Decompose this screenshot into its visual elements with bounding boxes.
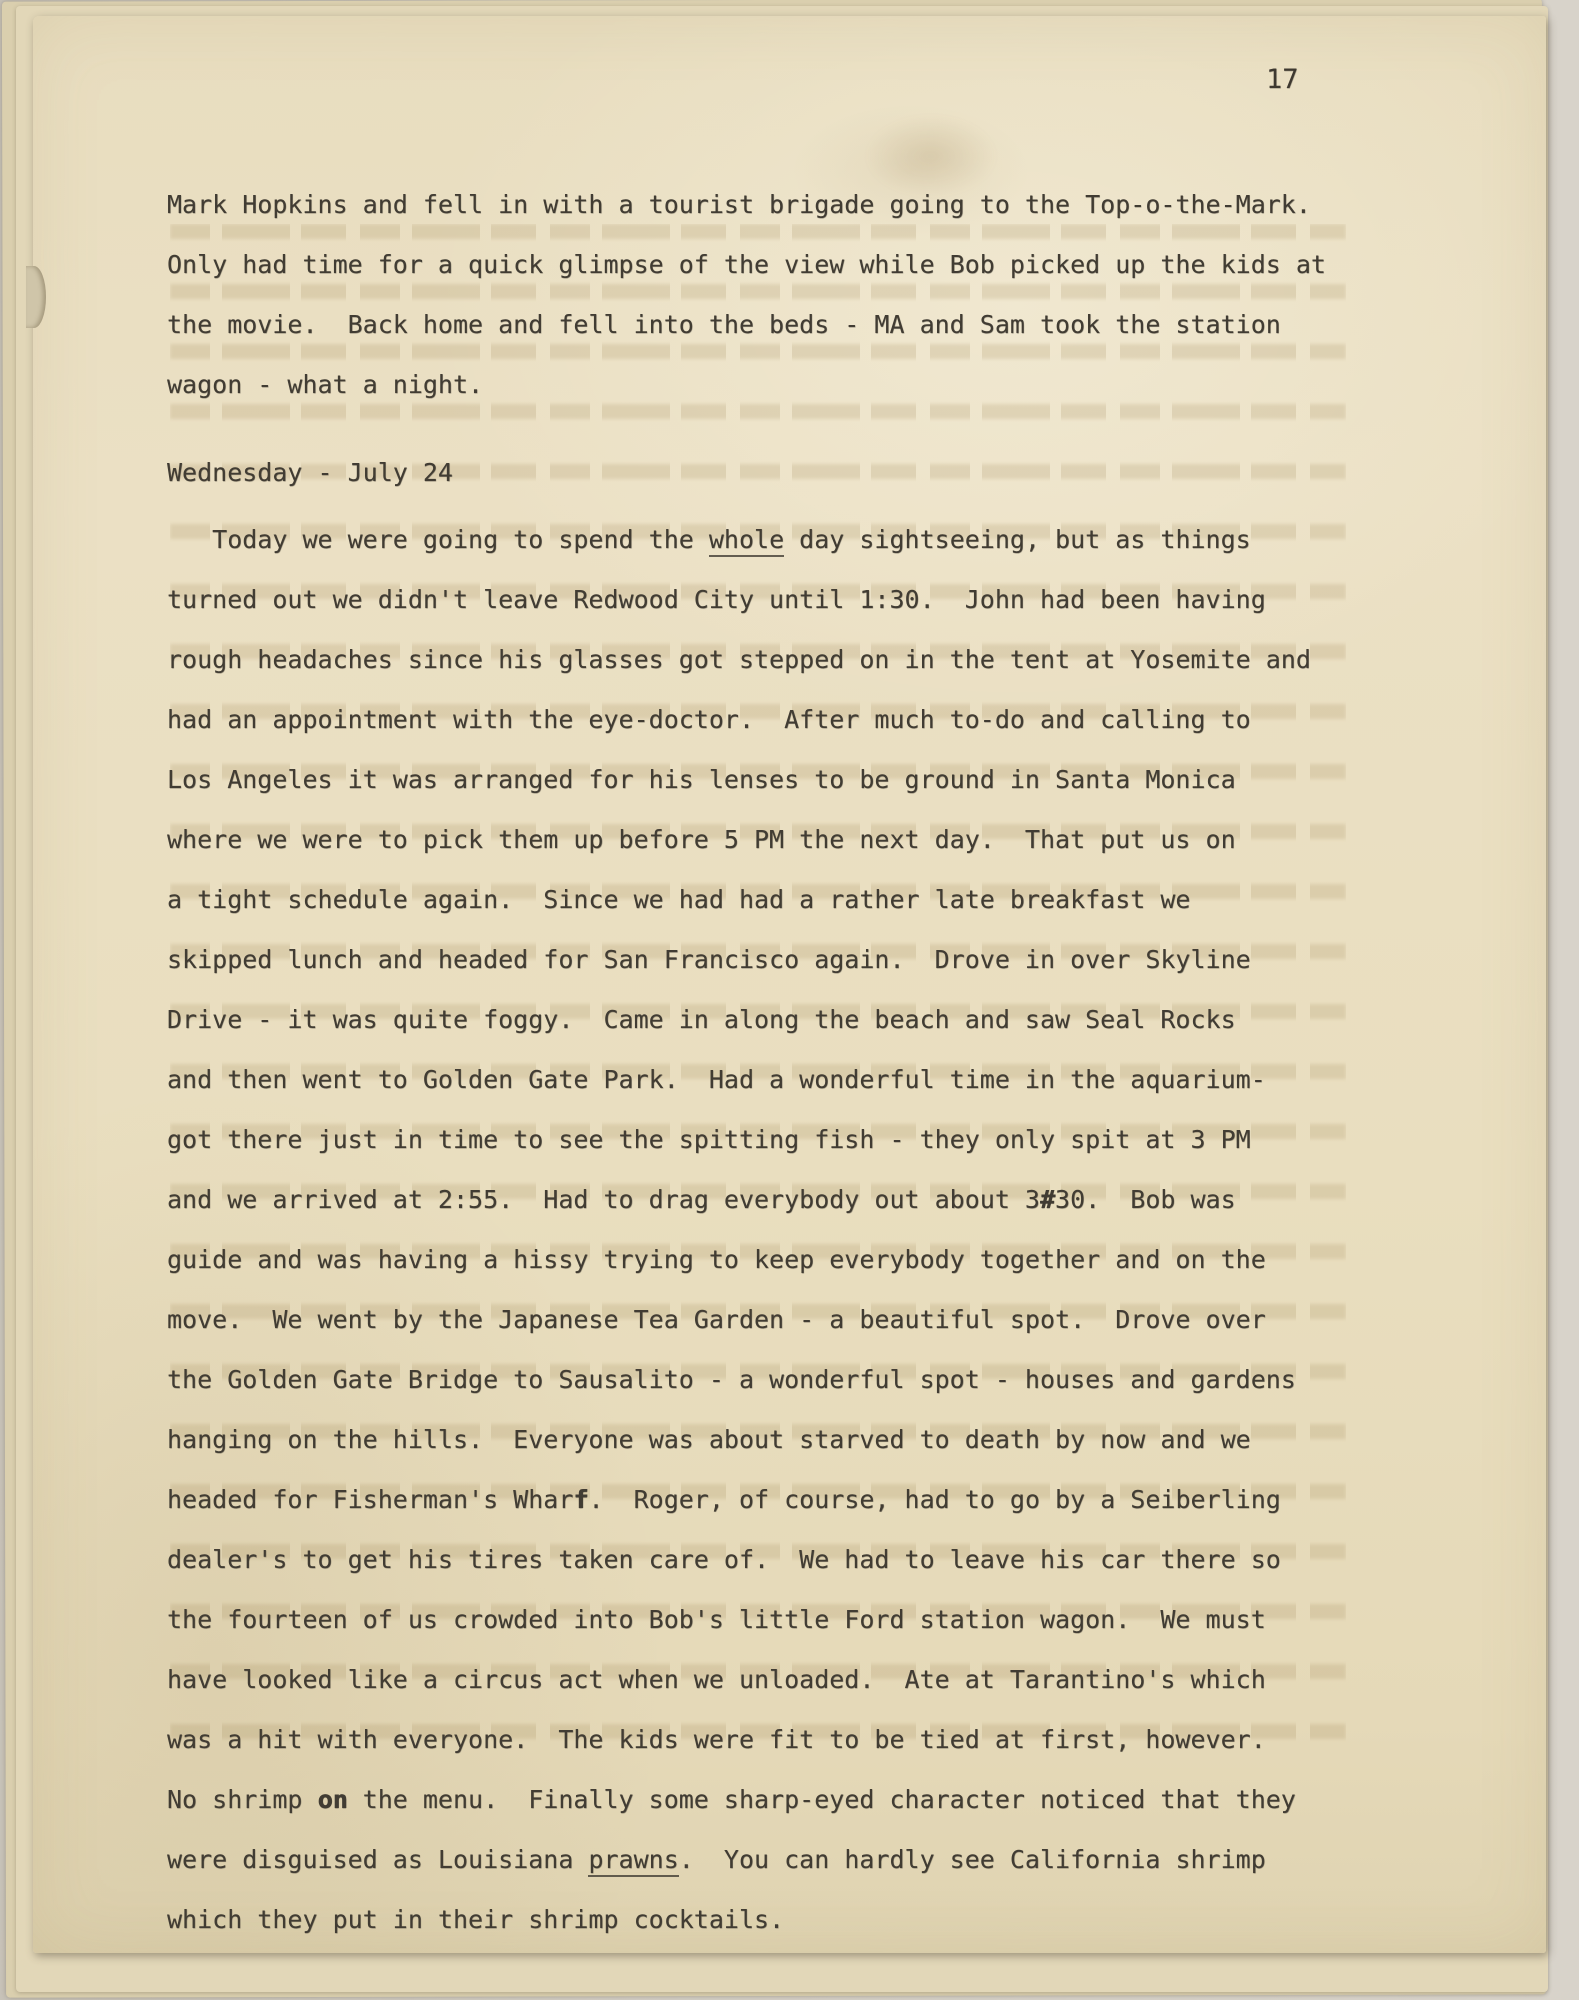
text-line: had an appointment with the eye-doctor. …: [167, 705, 1407, 765]
text-run: skipped lunch and headed for San Francis…: [167, 945, 1251, 974]
text-run: the fourteen of us crowded into Bob's li…: [167, 1605, 1266, 1634]
text-run: the menu. Finally some sharp-eyed charac…: [348, 1785, 1296, 1814]
text-run: where we were to pick them up before 5 P…: [167, 825, 1236, 854]
text-line: Only had time for a quick glimpse of the…: [167, 250, 1407, 310]
text-run: was a hit with everyone. The kids were f…: [167, 1725, 1266, 1754]
text-line: Mark Hopkins and fell in with a tourist …: [167, 190, 1407, 250]
paper-stain: [866, 116, 996, 196]
text-line: the Golden Gate Bridge to Sausalito - a …: [167, 1365, 1407, 1425]
text-line: rough headaches since his glasses got st…: [167, 645, 1407, 705]
text-line: No shrimp on the menu. Finally some shar…: [167, 1785, 1407, 1845]
text-line: got there just in time to see the spitti…: [167, 1125, 1407, 1185]
text-line: the fourteen of us crowded into Bob's li…: [167, 1605, 1407, 1665]
text-run: 30. Bob was: [1055, 1185, 1236, 1214]
text-run: turned out we didn't leave Redwood City …: [167, 585, 1266, 614]
text-run: had an appointment with the eye-doctor. …: [167, 705, 1251, 734]
text-run: Only had time for a quick glimpse of the…: [167, 250, 1326, 279]
text-run: got there just in time to see the spitti…: [167, 1125, 1251, 1154]
text-line: headed for Fisherman's Wharf. Roger, of …: [167, 1485, 1407, 1545]
text-run: were disguised as Louisiana: [167, 1845, 588, 1874]
text-run: Mark Hopkins and fell in with a tourist …: [167, 190, 1311, 219]
text-run: the Golden Gate Bridge to Sausalito - a …: [167, 1365, 1296, 1394]
text-run: the movie. Back home and fell into the b…: [167, 310, 1281, 339]
text-run: and then went to Golden Gate Park. Had a…: [167, 1065, 1266, 1094]
text-line: Today we were going to spend the whole d…: [167, 525, 1407, 585]
overstruck-text: #: [1040, 1185, 1055, 1214]
underlined-word: whole: [709, 525, 784, 557]
text-run: have looked like a circus act when we un…: [167, 1665, 1266, 1694]
scanned-page-scene: 17 Mark Hopkins and fell in with a touri…: [0, 0, 1579, 2000]
text-line: have looked like a circus act when we un…: [167, 1665, 1407, 1725]
text-line: Wednesday - July 24: [167, 458, 1407, 518]
text-run: headed for Fisherman's Whar: [167, 1485, 573, 1514]
page-number: 17: [1266, 64, 1299, 95]
text-run: Today we were going to spend the: [167, 525, 709, 554]
text-line: Los Angeles it was arranged for his lens…: [167, 765, 1407, 825]
text-run: . You can hardly see California shrimp: [679, 1845, 1266, 1874]
overstruck-text: on: [318, 1785, 348, 1814]
entry-paragraph: Today we were going to spend the whole d…: [167, 525, 1407, 1965]
text-line: skipped lunch and headed for San Francis…: [167, 945, 1407, 1005]
entry-heading: Wednesday - July 24: [167, 458, 1407, 518]
text-line: a tight schedule again. Since we had had…: [167, 885, 1407, 945]
text-line: which they put in their shrimp cocktails…: [167, 1905, 1407, 1965]
text-line: was a hit with everyone. The kids were f…: [167, 1725, 1407, 1785]
paragraph-continued: Mark Hopkins and fell in with a tourist …: [167, 190, 1407, 430]
text-line: turned out we didn't leave Redwood City …: [167, 585, 1407, 645]
text-run: rough headaches since his glasses got st…: [167, 645, 1311, 674]
underlined-word: prawns: [588, 1845, 678, 1877]
text-run: which they put in their shrimp cocktails…: [167, 1905, 784, 1934]
text-run: wagon - what a night.: [167, 370, 483, 399]
text-run: day sightseeing, but as things: [784, 525, 1251, 554]
overstruck-text: f: [573, 1485, 588, 1514]
text-line: and then went to Golden Gate Park. Had a…: [167, 1065, 1407, 1125]
text-line: guide and was having a hissy trying to k…: [167, 1245, 1407, 1305]
text-line: Drive - it was quite foggy. Came in alon…: [167, 1005, 1407, 1065]
text-run: No shrimp: [167, 1785, 318, 1814]
text-run: dealer's to get his tires taken care of.…: [167, 1545, 1281, 1574]
typed-body: Mark Hopkins and fell in with a tourist …: [167, 190, 1407, 1965]
text-run: Wednesday - July 24: [167, 458, 453, 487]
text-line: hanging on the hills. Everyone was about…: [167, 1425, 1407, 1485]
text-run: guide and was having a hissy trying to k…: [167, 1245, 1266, 1274]
text-line: wagon - what a night.: [167, 370, 1407, 430]
text-line: and we arrived at 2:55. Had to drag ever…: [167, 1185, 1407, 1245]
text-run: Drive - it was quite foggy. Came in alon…: [167, 1005, 1236, 1034]
text-run: and we arrived at 2:55. Had to drag ever…: [167, 1185, 1040, 1214]
text-line: move. We went by the Japanese Tea Garden…: [167, 1305, 1407, 1365]
text-line: where we were to pick them up before 5 P…: [167, 825, 1407, 885]
text-run: . Roger, of course, had to go by a Seibe…: [588, 1485, 1280, 1514]
text-run: move. We went by the Japanese Tea Garden…: [167, 1305, 1266, 1334]
text-run: a tight schedule again. Since we had had…: [167, 885, 1191, 914]
text-run: Los Angeles it was arranged for his lens…: [167, 765, 1236, 794]
text-line: the movie. Back home and fell into the b…: [167, 310, 1407, 370]
text-line: were disguised as Louisiana prawns. You …: [167, 1845, 1407, 1905]
text-run: hanging on the hills. Everyone was about…: [167, 1425, 1251, 1454]
text-line: dealer's to get his tires taken care of.…: [167, 1545, 1407, 1605]
